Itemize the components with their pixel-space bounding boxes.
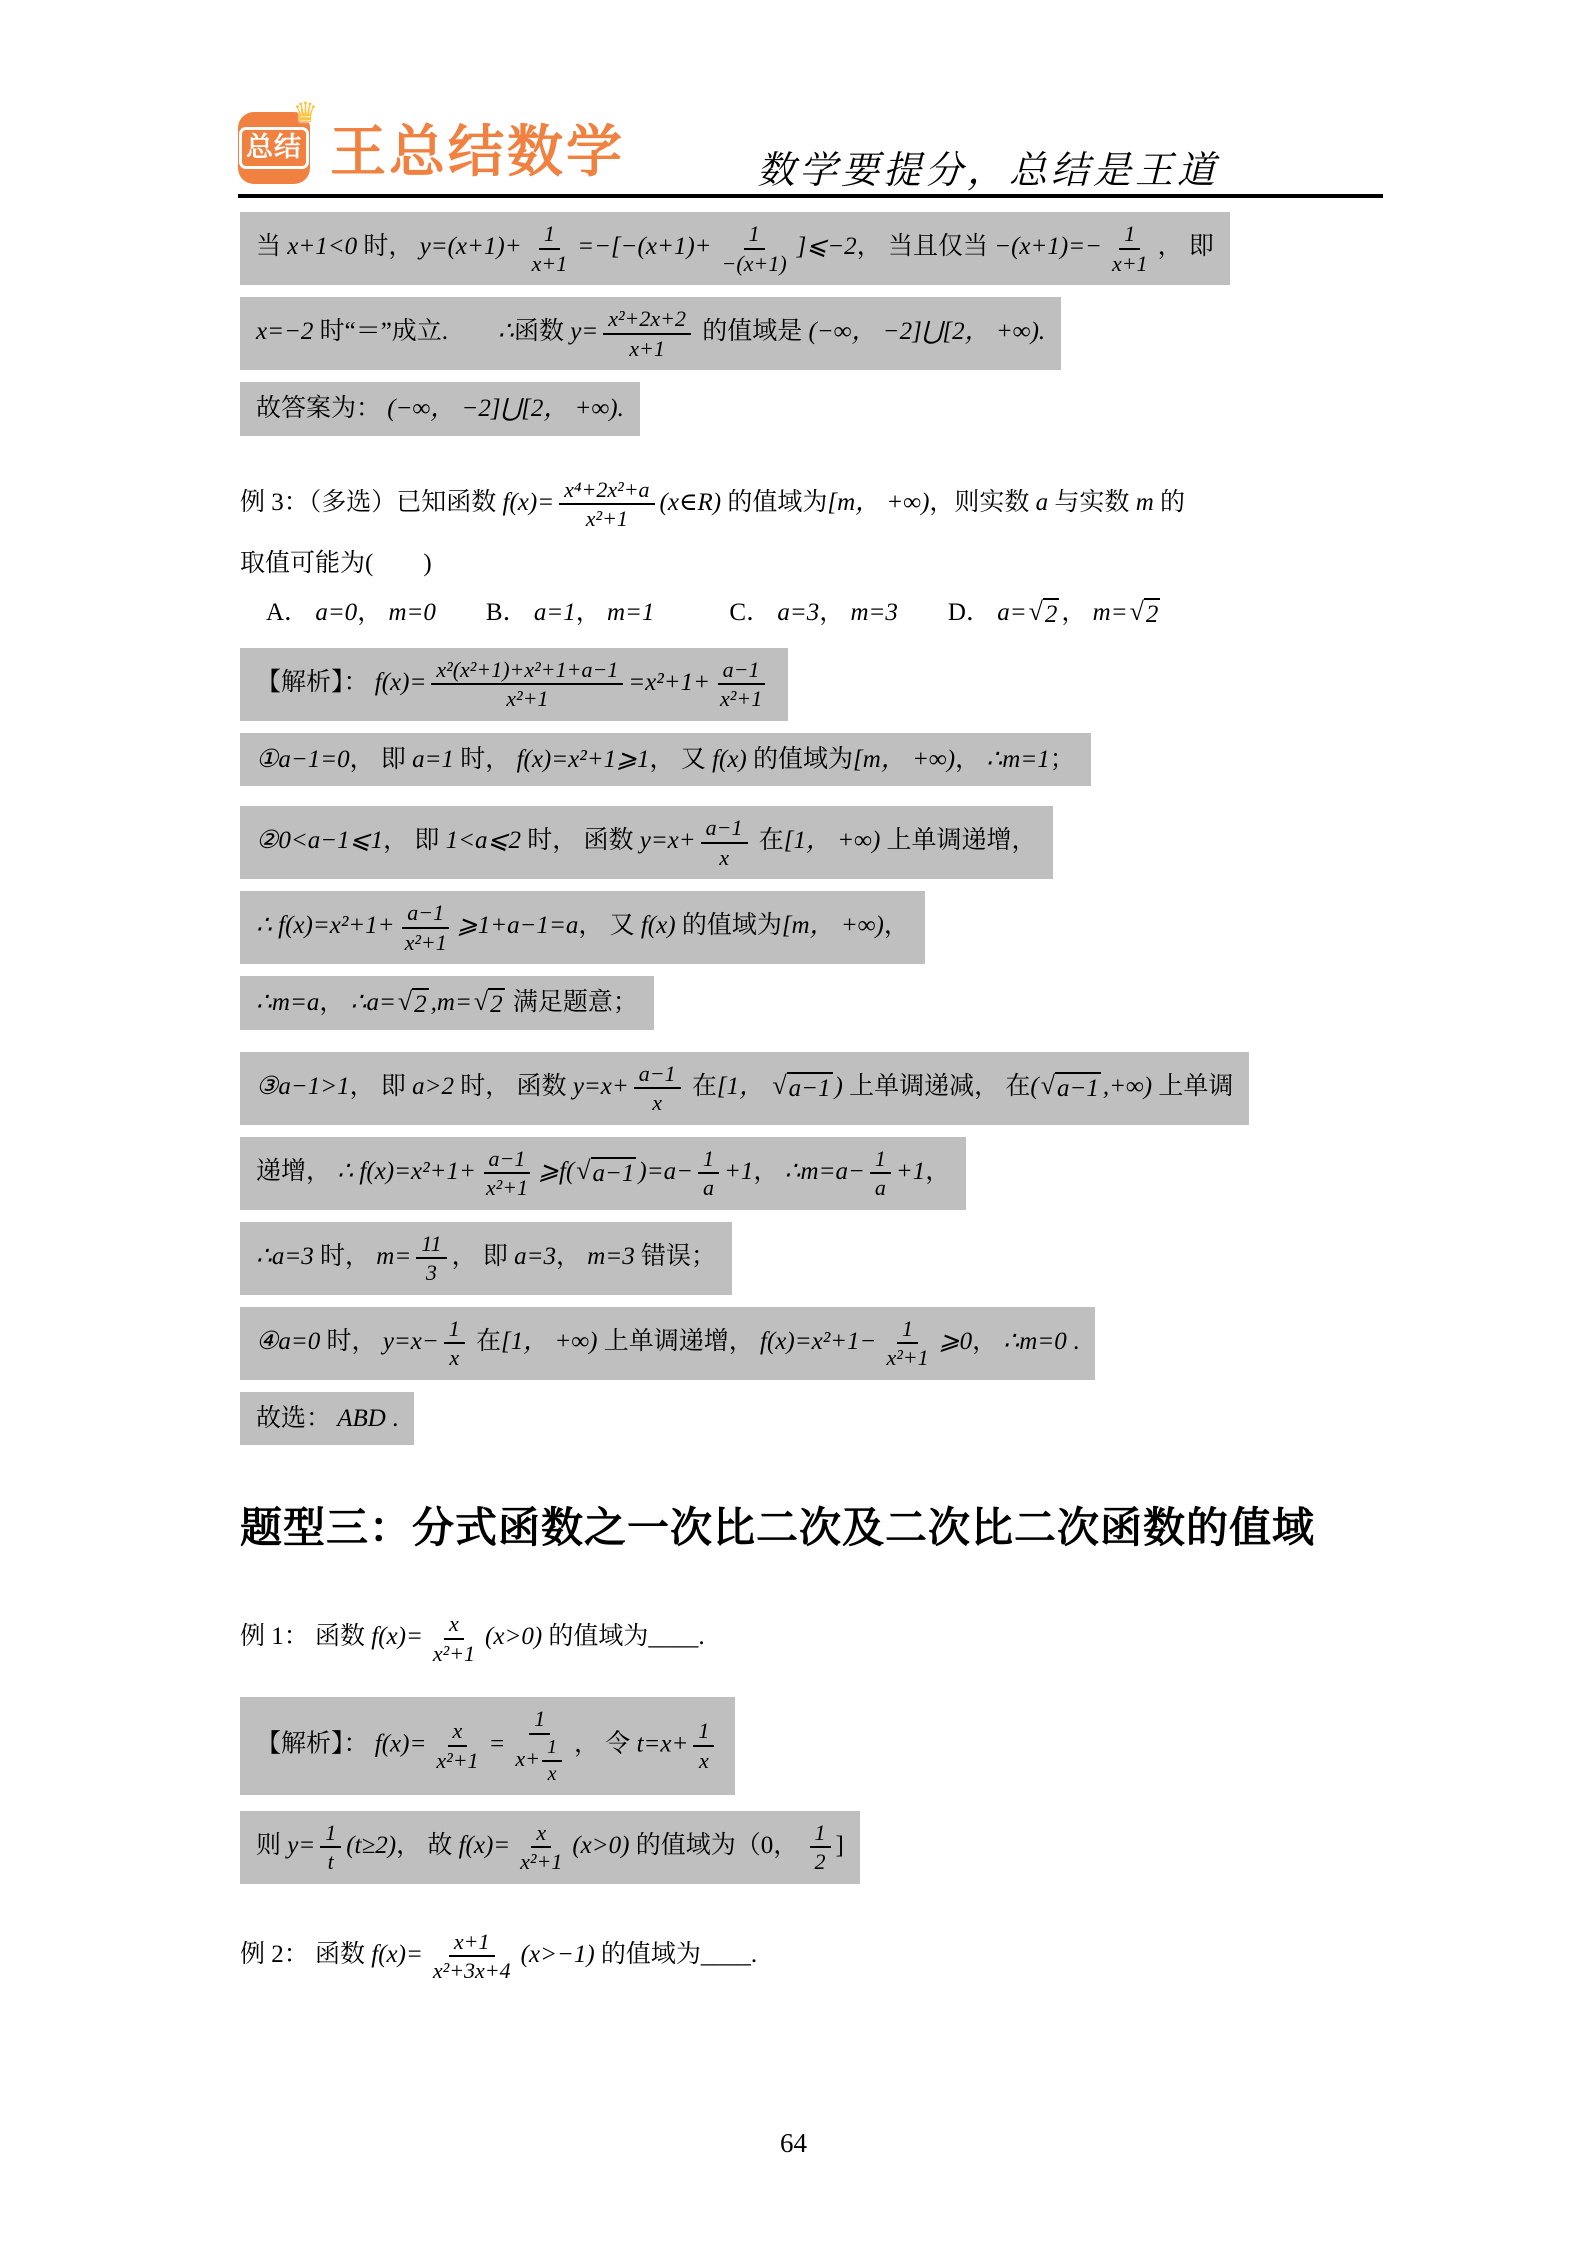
brand-title: 王总结数学 bbox=[330, 108, 625, 188]
text-run: ， 即 bbox=[452, 1243, 515, 1270]
fraction: 1x bbox=[444, 1315, 465, 1372]
text-run: ， 令 bbox=[574, 1730, 637, 1757]
fraction: 1x²+1 bbox=[881, 1315, 933, 1372]
text-run: +1 bbox=[724, 1158, 753, 1185]
text-run: ， bbox=[884, 912, 909, 939]
text-run: a=0 bbox=[315, 599, 357, 626]
text-run: f(x)= bbox=[459, 1832, 511, 1859]
fraction: xx²+1 bbox=[428, 1610, 480, 1667]
text-run: ] bbox=[836, 1832, 844, 1859]
text-run: 的值域为____. bbox=[542, 1623, 705, 1650]
crown-icon: ♛ bbox=[293, 96, 318, 130]
fraction: 12 bbox=[810, 1819, 831, 1876]
text-run: 时， bbox=[314, 1243, 377, 1270]
header-rule bbox=[238, 194, 1383, 198]
text-run: 的值域为（0， bbox=[629, 1832, 804, 1859]
content: 当 x+1<0 时， y=(x+1)+1x+1=−[−(x+1)+1−(x+1)… bbox=[240, 212, 1452, 1997]
fraction: 1x+1x bbox=[510, 1705, 569, 1787]
text-run: a=1 bbox=[534, 599, 576, 626]
example3-problem: 例 3：（多选）已知函数 f(x)=x⁴+2x²+ax²+1(x∈R) 的值域为… bbox=[240, 476, 1452, 533]
text-run: 【解析】： bbox=[256, 1730, 375, 1757]
text-run: f(x)=x²+1− bbox=[760, 1328, 876, 1355]
sol2-case-negative: 当 x+1<0 时， y=(x+1)+1x+1=−[−(x+1)+1−(x+1)… bbox=[240, 212, 1230, 285]
fraction: a−1x bbox=[634, 1060, 681, 1117]
text-run: ∴ bbox=[498, 318, 514, 345]
text-run: f(x)= bbox=[375, 669, 427, 696]
text-run: ABD bbox=[337, 1405, 386, 1432]
text-run: f(x)= bbox=[371, 1623, 423, 1650]
fraction: x²+2x+2x+1 bbox=[603, 305, 691, 362]
text-run: 在 bbox=[470, 1328, 501, 1355]
text-run: ) bbox=[835, 1073, 843, 1100]
text-run: 上单调 bbox=[1152, 1073, 1233, 1100]
text-run: ， 即 bbox=[350, 1073, 413, 1100]
text-run: [1， +∞) bbox=[784, 827, 881, 854]
text-run: 时， bbox=[454, 746, 517, 773]
logo-badge-text: 总结 bbox=[239, 127, 309, 169]
text-run: ， bbox=[753, 1158, 784, 1185]
text-run: 满足题意； bbox=[507, 989, 638, 1016]
text-run: ， 又 bbox=[578, 912, 641, 939]
text-run: ⩾1+a−1=a bbox=[457, 912, 579, 939]
text-run: −(x+1)=− bbox=[994, 233, 1102, 260]
text-run: y=x− bbox=[383, 1328, 439, 1355]
text-run: 的值域为____. bbox=[595, 1941, 758, 1968]
text-run: ]⩽−2 bbox=[797, 233, 857, 260]
text-run: ， bbox=[819, 599, 850, 626]
text-run: 上单调递减， 在 bbox=[843, 1073, 1031, 1100]
text-run: (t≥2) bbox=[346, 1832, 396, 1859]
text-run: a= bbox=[997, 599, 1026, 626]
text-run: y=x+ bbox=[640, 827, 696, 854]
text-run: = bbox=[489, 1730, 506, 1757]
fraction: a−1x²+1 bbox=[481, 1145, 533, 1202]
text-run: ， bbox=[556, 1243, 587, 1270]
sqrt-expression: √a−1 bbox=[1041, 1072, 1101, 1104]
text-run: x+1<0 bbox=[287, 233, 357, 260]
text-run: ,m= bbox=[431, 989, 472, 1016]
example2-problem: 例 2： 函数 f(x)=x+1x²+3x+4(x>−1) 的值域为____. bbox=[240, 1928, 1452, 1985]
sqrt-expression: √a−1 bbox=[576, 1157, 636, 1189]
text-run: ， bbox=[925, 1158, 950, 1185]
fraction: x+1x²+3x+4 bbox=[428, 1928, 516, 1985]
example1-solution: 则 y=1t(t≥2)， 故 f(x)=xx²+1(x>0) 的值域为（0， 1… bbox=[240, 1811, 860, 1884]
text-run: 例 2： 函数 bbox=[240, 1941, 371, 1968]
text-run: y= bbox=[570, 318, 598, 345]
text-run: 时“＝”成立. bbox=[313, 318, 498, 345]
fraction: 1a bbox=[870, 1145, 891, 1202]
example1-problem: 例 1： 函数 f(x)=xx²+1(x>0) 的值域为____. bbox=[240, 1610, 1452, 1667]
text-run: ∴a=3 bbox=[256, 1243, 314, 1270]
text-run: m=3 bbox=[587, 1243, 634, 1270]
text-run: 时， bbox=[320, 1328, 383, 1355]
text-run: m=0 bbox=[388, 599, 435, 626]
text-run: . bbox=[386, 1405, 399, 1432]
example3-case2c: ∴m=a， ∴a=√2,m=√2 满足题意； bbox=[240, 976, 654, 1030]
text-run: a=3 bbox=[777, 599, 819, 626]
text-run: m bbox=[1136, 489, 1154, 516]
text-run: f(x) bbox=[641, 912, 676, 939]
text-run: +1 bbox=[896, 1158, 925, 1185]
text-run: a bbox=[1036, 489, 1049, 516]
text-run: (−∞， −2]⋃[2， +∞). bbox=[809, 318, 1046, 345]
text-run: 在 bbox=[753, 827, 784, 854]
fraction: xx²+1 bbox=[515, 1819, 567, 1876]
sqrt-expression: √2 bbox=[474, 988, 505, 1020]
text-run: ， 即 bbox=[383, 827, 446, 854]
text-run: t=x+ bbox=[637, 1730, 689, 1757]
fraction: a−1x²+1 bbox=[715, 656, 767, 713]
text-run: f(x)=x²+1⩾1 bbox=[517, 746, 650, 773]
text-run: [1， bbox=[717, 1073, 770, 1100]
text-run: 1<a⩽2 bbox=[446, 827, 521, 854]
fraction: 1a bbox=[698, 1145, 719, 1202]
text-run: ， bbox=[576, 599, 607, 626]
text-run: ③a−1>1 bbox=[256, 1073, 350, 1100]
example3-case3b: 递增， ∴ f(x)=x²+1+a−1x²+1⩾f(√a−1)=a−1a+1， … bbox=[240, 1137, 966, 1210]
text-run: 的值域为 bbox=[721, 489, 827, 516]
text-run: ， bbox=[955, 746, 986, 773]
text-run: . bbox=[1067, 1328, 1080, 1355]
text-run: ∴m=a− bbox=[785, 1158, 865, 1185]
text-run: 故答案为： bbox=[256, 395, 387, 422]
text-run: 函数 bbox=[514, 318, 570, 345]
text-run: ， 又 bbox=[650, 746, 713, 773]
sqrt-expression: √2 bbox=[398, 988, 429, 1020]
tagline: 数学要提分，总结是王道 bbox=[668, 139, 1308, 194]
sol2-conclusion: x=−2 时“＝”成立. ∴函数 y=x²+2x+2x+1 的值域是 (−∞， … bbox=[240, 297, 1061, 370]
text-run: 递增， bbox=[256, 1158, 337, 1185]
text-run: f(x)= bbox=[375, 1730, 427, 1757]
text-run: ,+∞) bbox=[1103, 1073, 1152, 1100]
fraction: x²(x²+1)+x²+1+a−1x²+1 bbox=[431, 656, 623, 713]
text-run: D． bbox=[898, 599, 997, 626]
example3-problem-cont: 取值可能为( ) bbox=[240, 545, 1452, 583]
text-run: m= bbox=[376, 1243, 411, 1270]
text-run: ∴a= bbox=[351, 989, 396, 1016]
fraction: 1t bbox=[320, 1819, 341, 1876]
text-run: ①a−1=0 bbox=[256, 746, 350, 773]
text-run: ∴m=a bbox=[256, 989, 319, 1016]
example1-analysis: 【解析】： f(x)=xx²+1=1x+1x， 令 t=x+1x bbox=[240, 1697, 735, 1795]
text-run: ②0<a−1⩽1 bbox=[256, 827, 383, 854]
text-run: ∴ f(x)=x²+1+ bbox=[337, 1158, 476, 1185]
example3-case4: ④a=0 时， y=x−1x 在[1， +∞) 上单调递增， f(x)=x²+1… bbox=[240, 1307, 1095, 1380]
text-run: ， 即 bbox=[350, 746, 413, 773]
text-run: ， bbox=[319, 989, 350, 1016]
text-run: m= bbox=[1093, 599, 1128, 626]
text-run: m=3 bbox=[850, 599, 897, 626]
text-run: ，则实数 bbox=[929, 489, 1035, 516]
text-run: y=x+ bbox=[573, 1073, 629, 1100]
text-run: (−∞， −2]⋃[2， +∞). bbox=[387, 395, 624, 422]
text-run: 的 bbox=[1154, 489, 1185, 516]
example3-answer: 故选： ABD . bbox=[240, 1392, 414, 1446]
text-run: f(x) bbox=[712, 746, 747, 773]
document-page: ♛ 总结 王总结数学 数学要提分，总结是王道 当 x+1<0 时， y=(x+1… bbox=[0, 0, 1587, 2245]
text-run: ， 即 bbox=[1158, 233, 1214, 260]
section-heading: 题型三：分式函数之一次比二次及二次比二次函数的值域 bbox=[240, 1495, 1452, 1555]
text-run: 时， 函数 bbox=[521, 827, 640, 854]
text-run: ⩾0 bbox=[939, 1328, 972, 1355]
text-run: f(x)= bbox=[503, 489, 555, 516]
text-run: ， bbox=[1061, 599, 1092, 626]
text-run: 故选： bbox=[256, 1405, 337, 1432]
brand-logo: ♛ 总结 王总结数学 bbox=[238, 108, 625, 188]
fraction: 113 bbox=[416, 1230, 446, 1287]
text-run: ④a=0 bbox=[256, 1328, 320, 1355]
example3-case3c: ∴a=3 时， m=113， 即 a=3， m=3 错误； bbox=[240, 1222, 732, 1295]
fraction: 1x bbox=[542, 1735, 562, 1787]
text-run: [m， +∞) bbox=[827, 489, 929, 516]
fraction: a−1x²+1 bbox=[400, 899, 452, 956]
text-run: x+ bbox=[515, 1746, 540, 1771]
text-run: (x∈R) bbox=[660, 489, 722, 516]
text-run: )=a− bbox=[638, 1158, 693, 1185]
text-run: 的值域为 bbox=[676, 912, 782, 939]
text-run: 在 bbox=[686, 1073, 717, 1100]
example3-case2a: ②0<a−1⩽1， 即 1<a⩽2 时， 函数 y=x+a−1x 在[1， +∞… bbox=[240, 806, 1053, 879]
text-run: [m， +∞) bbox=[853, 746, 955, 773]
text-run: [1， +∞) bbox=[501, 1328, 598, 1355]
text-run: ∴ f(x)=x²+1+ bbox=[256, 912, 395, 939]
example3-analysis: 【解析】： f(x)=x²(x²+1)+x²+1+a−1x²+1=x²+1+a−… bbox=[240, 648, 788, 721]
text-run: [m， +∞) bbox=[782, 912, 884, 939]
text-run: 的值域是 bbox=[696, 318, 809, 345]
text-run: 时， bbox=[357, 233, 420, 260]
text-run: ∴m=1 bbox=[986, 746, 1049, 773]
page-number: 64 bbox=[0, 2128, 1587, 2159]
text-run: ∴m=0 bbox=[1003, 1328, 1066, 1355]
text-run: 当 bbox=[256, 233, 287, 260]
text-run: ， bbox=[972, 1328, 1003, 1355]
fraction: xx²+1 bbox=[431, 1717, 483, 1774]
text-run: ； bbox=[1050, 746, 1075, 773]
text-run: y= bbox=[287, 1832, 315, 1859]
fraction: 1x bbox=[693, 1717, 714, 1774]
text-run: 例 1： 函数 bbox=[240, 1623, 371, 1650]
sqrt-expression: √a−1 bbox=[772, 1072, 832, 1104]
text-run: C． bbox=[654, 599, 777, 626]
fraction: 1−(x+1) bbox=[717, 220, 792, 277]
fraction: 1x+1 bbox=[527, 220, 573, 277]
text-run: 的值域为 bbox=[747, 746, 853, 773]
text-run: B． bbox=[436, 599, 534, 626]
text-run: ， 故 bbox=[396, 1832, 459, 1859]
text-run: A． bbox=[266, 599, 315, 626]
text-run: ， bbox=[357, 599, 388, 626]
text-run: a>2 bbox=[412, 1073, 454, 1100]
text-run: (x>−1) bbox=[521, 1941, 595, 1968]
text-run: 则 bbox=[256, 1832, 287, 1859]
text-run: 上单调递增， bbox=[598, 1328, 761, 1355]
text-run: 与实数 bbox=[1048, 489, 1136, 516]
text-run: 错误； bbox=[635, 1243, 716, 1270]
text-run: 【解析】： bbox=[256, 669, 375, 696]
text-run: (x>0) bbox=[572, 1832, 629, 1859]
text-run: ⩾f( bbox=[538, 1158, 574, 1185]
sqrt-expression: √2 bbox=[1130, 598, 1161, 630]
sol2-answer: 故答案为： (−∞， −2]⋃[2， +∞). bbox=[240, 382, 640, 436]
text-run: 时， 函数 bbox=[454, 1073, 573, 1100]
text-run: m=1 bbox=[607, 599, 654, 626]
text-run: (x>0) bbox=[485, 1623, 542, 1650]
text-run: a=1 bbox=[412, 746, 454, 773]
example3-options: A． a=0， m=0 B． a=1， m=1 C． a=3， m=3 D． a… bbox=[266, 594, 1452, 632]
example3-case2b: ∴ f(x)=x²+1+a−1x²+1⩾1+a−1=a， 又 f(x) 的值域为… bbox=[240, 891, 925, 964]
fraction: 1x+1 bbox=[1107, 220, 1153, 277]
text-run: ， 当且仅当 bbox=[857, 233, 995, 260]
logo-badge: ♛ 总结 bbox=[238, 112, 310, 184]
text-run: 取值可能为( ) bbox=[240, 550, 432, 577]
text-run: f(x)= bbox=[371, 1941, 423, 1968]
example3-case3a: ③a−1>1， 即 a>2 时， 函数 y=x+a−1x 在[1， √a−1) … bbox=[240, 1052, 1249, 1125]
text-run: y=(x+1)+ bbox=[420, 233, 522, 260]
text-run: x=−2 bbox=[256, 318, 313, 345]
fraction: a−1x bbox=[701, 814, 748, 871]
text-run: =x²+1+ bbox=[628, 669, 710, 696]
text-run: ( bbox=[1030, 1073, 1038, 1100]
text-run: a=3 bbox=[514, 1243, 556, 1270]
header: ♛ 总结 王总结数学 数学要提分，总结是王道 bbox=[238, 100, 1383, 196]
fraction: x⁴+2x²+ax²+1 bbox=[559, 476, 654, 533]
text-run: 上单调递增， bbox=[880, 827, 1036, 854]
text-run: =−[−(x+1)+ bbox=[577, 233, 711, 260]
example3-case1: ①a−1=0， 即 a=1 时， f(x)=x²+1⩾1， 又 f(x) 的值域… bbox=[240, 733, 1091, 787]
text-run: 例 3：（多选）已知函数 bbox=[240, 489, 503, 516]
sqrt-expression: √2 bbox=[1029, 598, 1060, 630]
